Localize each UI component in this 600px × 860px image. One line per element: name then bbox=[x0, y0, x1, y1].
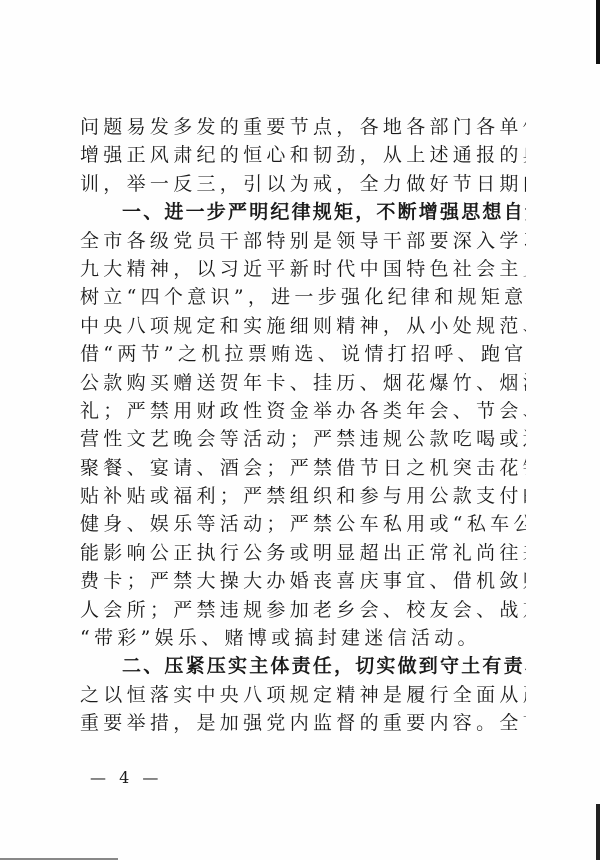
paragraph-line: 健身、娱乐等活动；严禁公车私用或“私车公养”；严禁收受可 bbox=[80, 510, 526, 538]
paragraph-line: 人会所；严禁违规参加老乡会、校友会、战友会；严禁组织参加 bbox=[80, 596, 526, 624]
paragraph-line: 聚餐、宴请、酒会；严禁借节日之机突击花钱和违反规定滥发津 bbox=[80, 454, 526, 482]
scan-edge-mark bbox=[596, 804, 600, 860]
paragraph-line: “带彩”娱乐、赌博或搞封建迷信活动。 bbox=[80, 624, 526, 652]
paragraph-line: 重要举措，是加强党内监督的重要内容。全市各级党组织要把节 bbox=[80, 709, 526, 737]
body-text: 问题易发多发的重要节点，各地各部门各单位一定要高度重视， 增强正风肃纪的恒心和韧… bbox=[80, 113, 526, 738]
section-heading-2: 二、压紧压实主体责任，切实做到守土有责、守土尽责。持 bbox=[80, 652, 526, 680]
paragraph-line: 借“两节”之机拉票贿选、说情打招呼、跑官要官；严禁违规用 bbox=[80, 340, 526, 368]
paragraph-line: 贴补贴或福利；严禁组织和参与用公款支付的旅游度假和高消费 bbox=[80, 482, 526, 510]
scan-edge-mark bbox=[596, 0, 600, 64]
section-heading-2-title: 二、压紧压实主体责任，切实做到守土有责、守土尽责。 bbox=[122, 655, 526, 677]
paragraph-line: 能影响公正执行公务或明显超出正常礼尚往来的礼品、礼金、消 bbox=[80, 539, 526, 567]
paragraph-line: 问题易发多发的重要节点，各地各部门各单位一定要高度重视， bbox=[80, 113, 526, 141]
paragraph-line: 之以恒落实中央八项规定精神是履行全面从严治党主体责任的 bbox=[80, 681, 526, 709]
page-number: — 4 — bbox=[90, 768, 162, 787]
section-heading-1: 一、进一步严明纪律规矩，不断增强思想自觉和行动自觉。 bbox=[80, 198, 526, 226]
paragraph-line: 增强正风肃纪的恒心和韧劲，从上述通报的典型案例中吸取教 bbox=[80, 141, 526, 169]
paragraph-line: 中央八项规定和实施细则精神，从小处规范、从细处严起，严禁 bbox=[80, 312, 526, 340]
paragraph-line: 营性文艺晚会等活动；严禁违规公款吃喝或违规用公款组织各种 bbox=[80, 425, 526, 453]
paragraph-line: 公款购买赠送贺年卡、挂历、烟花爆竹、烟酒、土特产等年货节 bbox=[80, 369, 526, 397]
paragraph-line: 树立“四个意识”，进一步强化纪律和规矩意识，不折不扣落实 bbox=[80, 283, 526, 311]
paragraph-line: 训，举一反三，引以为戒，全力做好节日期间党风廉政建设工作。 bbox=[80, 170, 526, 198]
paragraph-line: 九大精神，以习近平新时代中国特色社会主义思想为指引，牢固 bbox=[80, 255, 526, 283]
document-page: 问题易发多发的重要节点，各地各部门各单位一定要高度重视， 增强正风肃纪的恒心和韧… bbox=[0, 0, 600, 860]
paragraph-line: 礼；严禁用财政性资金举办各类年会、节会、团拜会、庆典、经 bbox=[80, 397, 526, 425]
paragraph-line: 费卡；严禁大操大办婚丧喜庆事宜、借机敛财；严禁违规出入私 bbox=[80, 567, 526, 595]
paragraph-line: 全市各级党员干部特别是领导干部要深入学习宣传贯彻党的十 bbox=[80, 227, 526, 255]
